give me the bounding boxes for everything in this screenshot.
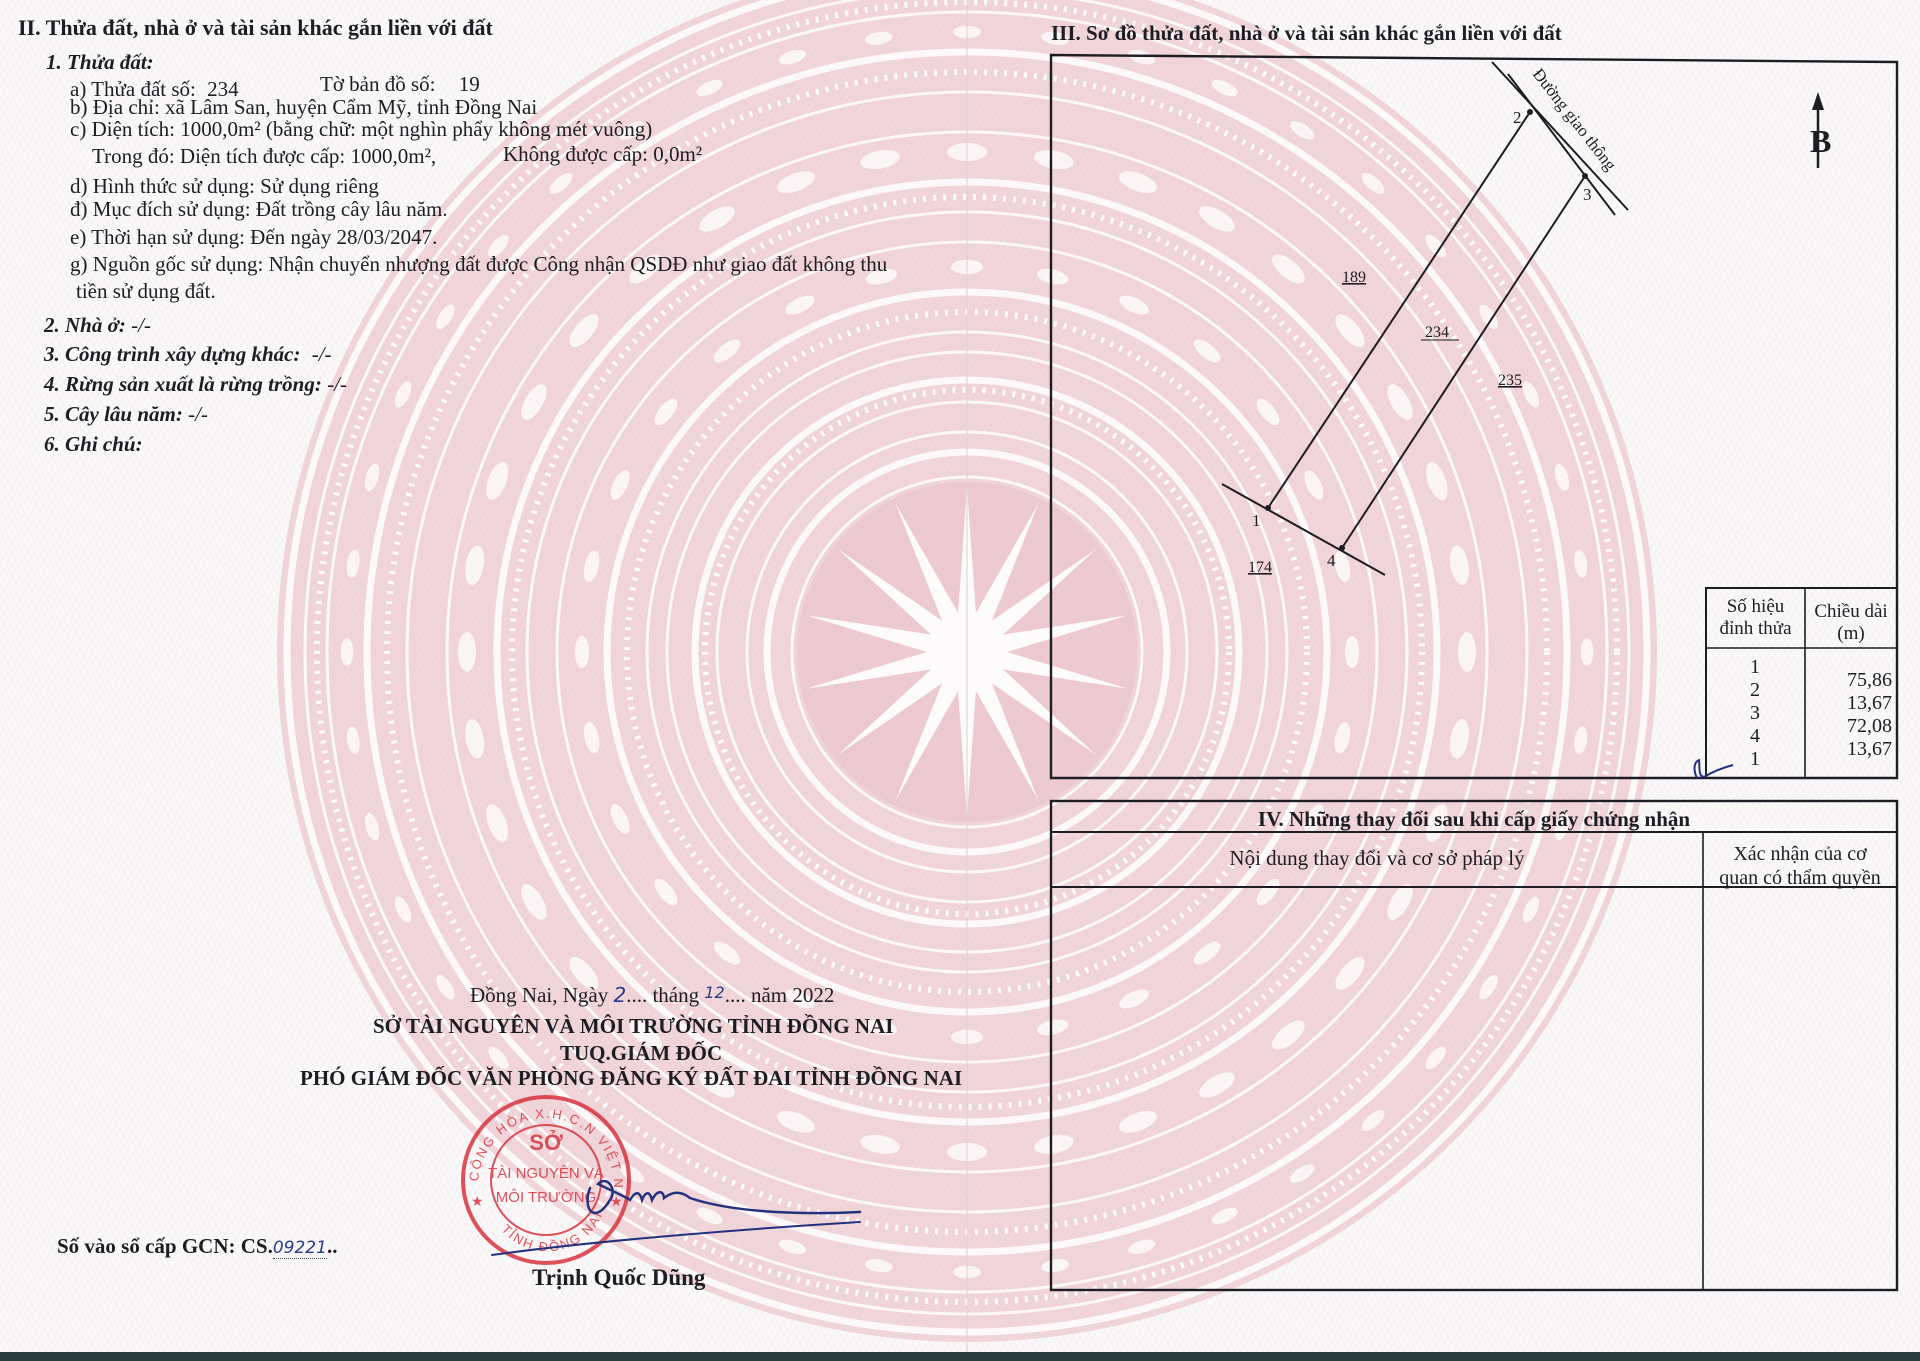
handwritten-mark	[1695, 760, 1733, 778]
parcel-label-234: 234	[1425, 324, 1449, 341]
vertex-cell: 1	[1740, 656, 1770, 679]
north-arrow-icon: B	[1810, 92, 1831, 168]
vertex-4-marker	[1339, 545, 1345, 551]
length-column: 75,8613,6772,0813,67	[1810, 669, 1892, 761]
section-4-title: IV. Những thay đổi sau khi cấp giấy chứn…	[1051, 809, 1897, 830]
col-vertex-header: Số hiệu đỉnh thửa	[1706, 596, 1805, 640]
col-length-header: Chiều dài (m)	[1805, 601, 1897, 645]
parcel-edge-3-4	[1342, 176, 1585, 548]
vertex-3-label: 3	[1583, 185, 1592, 204]
changes-content-header: Nội dung thay đổi và cơ sở pháp lý	[1051, 848, 1703, 869]
parcel-edge-1-2	[1268, 112, 1530, 508]
authority-confirmation-cell	[1705, 889, 1895, 1288]
neighbor-174: 174	[1248, 559, 1272, 576]
authority-header-line2: quan có thẩm quyền	[1703, 866, 1897, 890]
vertex-2-label: 2	[1513, 108, 1522, 127]
col-vertex-header-line2: đỉnh thửa	[1706, 618, 1805, 640]
vertex-4-label: 4	[1327, 551, 1336, 570]
parcel-edge-1-4	[1222, 484, 1385, 575]
vertex-cell: 2	[1740, 679, 1770, 702]
length-cell: 75,86	[1810, 669, 1892, 692]
neighbor-189: 189	[1342, 269, 1366, 286]
vertex-cell: 1	[1740, 748, 1770, 771]
col-vertex-header-line1: Số hiệu	[1706, 596, 1805, 618]
vertex-2-marker	[1527, 109, 1533, 115]
authority-confirmation-header: Xác nhận của cơ quan có thẩm quyền	[1703, 842, 1897, 890]
length-cell: 13,67	[1810, 738, 1892, 761]
vertex-1-label: 1	[1252, 511, 1261, 530]
length-cell: 72,08	[1810, 715, 1892, 738]
authority-header-line1: Xác nhận của cơ	[1703, 842, 1897, 866]
vertex-cell: 4	[1740, 725, 1770, 748]
vertex-column: 12341	[1740, 656, 1770, 771]
col-length-header-line1: Chiều dài	[1805, 601, 1897, 623]
neighbor-235: 235	[1498, 372, 1522, 389]
diagram-frame	[1051, 55, 1897, 778]
north-label: B	[1810, 123, 1831, 159]
vertex-cell: 3	[1740, 702, 1770, 725]
length-cell: 13,67	[1810, 692, 1892, 715]
vertex-3-marker	[1582, 173, 1588, 179]
vertex-1-marker	[1265, 505, 1271, 511]
changes-content-cell	[1053, 889, 1701, 1288]
col-length-header-line2: (m)	[1805, 623, 1897, 645]
